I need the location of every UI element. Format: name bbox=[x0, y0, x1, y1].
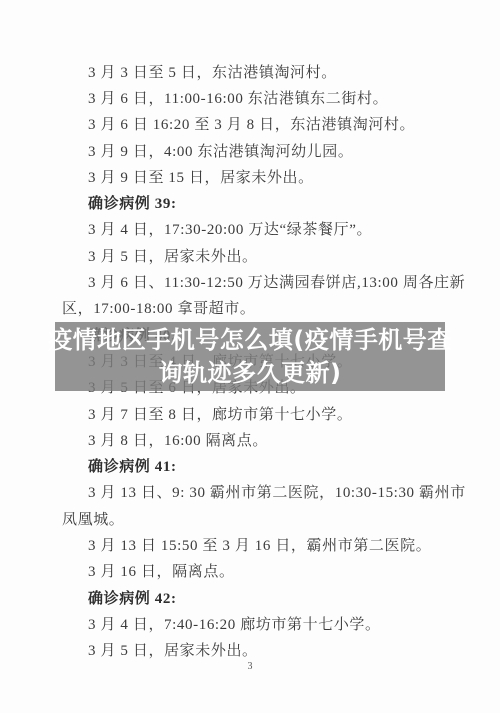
document-line: 3 月 6 日 16:20 至 3 月 8 日，东沽港镇淘河村。 bbox=[62, 111, 454, 137]
document-line: 3 月 9 日，4:00 东沽港镇淘河幼儿园。 bbox=[62, 137, 454, 163]
watermark-title-line2: 询轨迹多久更新) bbox=[159, 357, 342, 390]
document-line: 3 月 5 日，居家未外出。 bbox=[62, 242, 454, 268]
document-line: 3 月 6 日、11:30-12:50 万达满园春饼店,13:00 周各庄新 bbox=[62, 268, 454, 294]
document-line: 3 月 3 日至 5 日，东沽港镇淘河村。 bbox=[62, 58, 454, 84]
document-page: 3 月 3 日至 5 日，东沽港镇淘河村。3 月 6 日，11:00-16:00… bbox=[0, 0, 500, 713]
document-line: 确诊病例 41: bbox=[62, 452, 454, 478]
document-line: 确诊病例 42: bbox=[62, 584, 454, 610]
document-line: 3 月 8 日，16:00 隔离点。 bbox=[62, 426, 454, 452]
document-line: 确诊病例 39: bbox=[62, 189, 454, 215]
document-line: 3 月 5 日，居家未外出。 bbox=[62, 637, 454, 663]
document-line: 3 月 6 日，11:00-16:00 东沽港镇东二街村。 bbox=[62, 84, 454, 110]
page-number: 3 bbox=[0, 661, 500, 672]
document-line: 3 月 4 日，7:40-16:20 廊坊市第十七小学。 bbox=[62, 610, 454, 636]
document-line: 3 月 7 日至 8 日，廊坊市第十七小学。 bbox=[62, 400, 454, 426]
document-line: 区，17:00-18:00 拿哥超市。 bbox=[62, 295, 454, 321]
document-line: 3 月 13 日、9: 30 霸州市第二医院，10:30-15:30 霸州市 bbox=[62, 479, 454, 505]
document-line: 3 月 9 日至 15 日，居家未外出。 bbox=[62, 163, 454, 189]
document-line: 3 月 13 日 15:50 至 3 月 16 日，霸州市第二医院。 bbox=[62, 531, 454, 557]
watermark-title-line1: 疫情地区手机号怎么填(疫情手机号查 bbox=[48, 324, 451, 357]
watermark-title-band: 疫情地区手机号怎么填(疫情手机号查 询轨迹多久更新) bbox=[55, 322, 445, 391]
document-line: 凤凰城。 bbox=[62, 505, 454, 531]
document-line: 3 月 16 日，隔离点。 bbox=[62, 558, 454, 584]
document-line: 3 月 4 日，17:30-20:00 万达“绿茶餐厅”。 bbox=[62, 216, 454, 242]
